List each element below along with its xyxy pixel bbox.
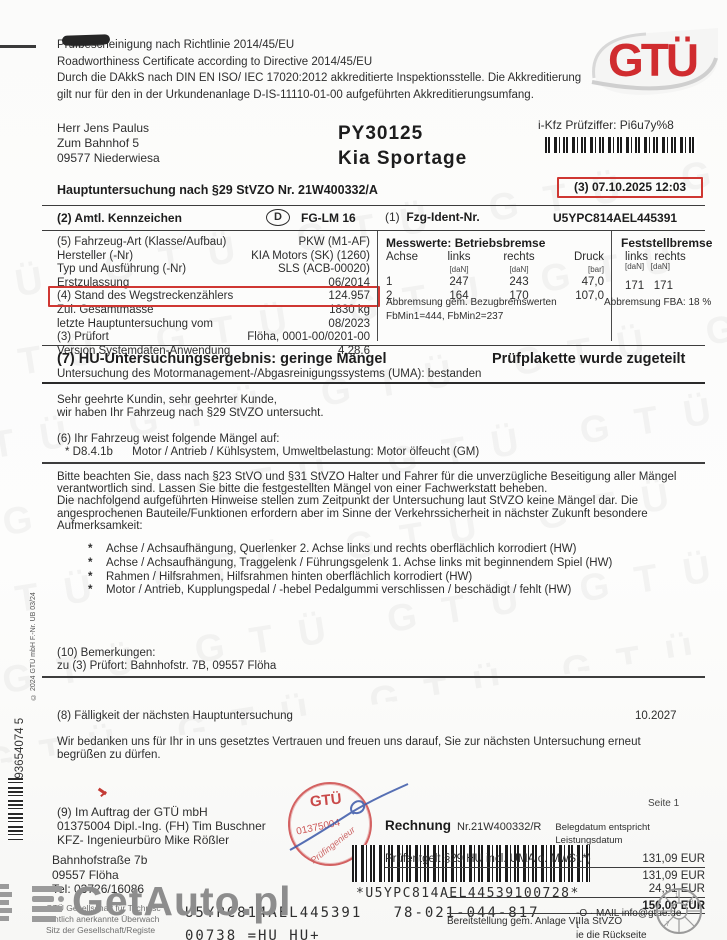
gtue-logo-text: GTÜ <box>608 34 697 86</box>
country-oval: D <box>266 209 290 226</box>
parking-brake-title: Feststellbremse <box>621 236 712 250</box>
col-links: links <box>430 251 488 264</box>
owner-city: 09577 Niederwiesa <box>57 151 160 166</box>
page-number: Seite 1 <box>648 798 679 809</box>
uma-result: Untersuchung des Motormanagement-/Abgasr… <box>57 368 481 381</box>
header-line-4: gilt nur für den in der Urkundenanlage D… <box>57 87 581 104</box>
plakette-status: Prüfplakette wurde zugeteilt <box>492 351 685 367</box>
col-achse: Achse <box>386 251 430 264</box>
next-due-label: (8) Fälligkeit der nächsten Hauptuntersu… <box>57 710 293 723</box>
document-title: Hauptuntersuchung nach §29 StVZO Nr. 21W… <box>57 183 378 197</box>
fzg-prefix: (1) <box>385 210 400 224</box>
hu-plakette-seal: 1 8 7 <box>652 884 706 938</box>
thanks-line-1: Wir bedanken uns für Ihr in uns gesetzte… <box>57 736 641 749</box>
notice-p2-l1: Die nachfolgend aufgeführten Hinweise st… <box>57 495 676 507</box>
hint-item: *Rahmen / Hilfsrahmen, Hilfsrahmen hinte… <box>88 571 688 585</box>
invoice-number: Nr.21W400332/R <box>457 821 541 834</box>
kennzeichen-label: (2) Amtl. Kennzeichen <box>57 211 182 225</box>
notice-p2-l2: angesprochenen Bauteile/Funktionen erfor… <box>57 508 676 520</box>
behalf-line-3: KFZ- Ingenieurbüro Mike Rößler <box>57 833 266 847</box>
invoice-note: Belegdatum entspricht Leistungsdatum <box>555 822 705 847</box>
remarks-heading: (10) Bemerkungen: <box>57 647 276 660</box>
side-barcode <box>8 778 23 840</box>
result-heading: (7) HU-Untersuchungsergebnis: geringe Mä… <box>57 351 387 367</box>
notice-p1-l2: verantwortlich sind. Lassen Sie bitte di… <box>57 483 676 495</box>
parking-brake-note: Abbremsung FBA: 18 % <box>604 297 711 310</box>
brake-row-1: 1 247 243 47,0 <box>386 276 604 289</box>
greeting-line-1: Sehr geehrte Kundin, sehr geehrter Kunde… <box>57 394 324 407</box>
defects-heading: (6) Ihr Fahrzeug weist folgende Mängel a… <box>57 433 279 446</box>
vehicle-code: PY30125 <box>338 123 423 145</box>
hint-item: *Achse / Achsaufhängung, Querlenker 2. A… <box>88 543 688 557</box>
parking-brake-values: 171 171 <box>625 280 673 293</box>
svg-text:7: 7 <box>666 922 670 928</box>
vehicle-row: (3) PrüfortFlöha, 0001-00/0201-00 <box>57 331 370 345</box>
getauto-watermark: GetAuto.pl <box>0 878 500 938</box>
vehicle-row: Typ und Ausführung (-Nr)SLS (ACB-00020) <box>57 263 370 277</box>
header-line-3: Durch die DAkkS nach DIN EN ISO/ IEC 170… <box>57 70 581 87</box>
gtue-logo: GTÜ <box>586 22 720 113</box>
license-plate: FG-LM 16 <box>301 211 356 225</box>
svg-text:8: 8 <box>690 900 694 906</box>
notice-p1-l1: Bitte beachten Sie, dass nach §23 StVO u… <box>57 471 676 483</box>
vehicle-row: (5) Fahrzeug-Art (Klasse/Aufbau)PKW (M1-… <box>57 236 370 250</box>
remarks-text: zu (3) Prüfort: Bahnhofstr. 7B, 09557 Fl… <box>57 660 276 673</box>
brakes-note-2: FbMin1=444, FbMin2=237 <box>386 311 503 324</box>
red-pen-mark <box>96 787 108 799</box>
behalf-line-1: (9) Im Auftrag der GTÜ mbH <box>57 805 266 819</box>
brakes-note-1: Abbremsung gem. Bezugbremswerten <box>386 297 557 310</box>
thanks-line-2: begrüßen zu dürfen. <box>57 749 641 762</box>
header-line-2: Roadworthiness Certificate according to … <box>57 54 581 71</box>
owner-name: Herr Jens Paulus <box>57 121 160 136</box>
footer-street: Bahnhofstraße 7b <box>52 853 147 868</box>
owner-street: Zum Bahnhof 5 <box>57 136 160 151</box>
contact-fragment-3: ie die Rückseite <box>576 930 647 940</box>
defect-item: * D8.4.1b Motor / Antrieb / Kühlsystem, … <box>65 446 479 459</box>
invoice-title: Rechnung <box>385 818 451 833</box>
next-due-value: 10.2027 <box>635 710 677 723</box>
notice-p2-l3: Aufmerksamkeit: <box>57 520 676 532</box>
pruefziffer-label: i-Kfz Prüfziffer: Pi6u7y%8 <box>538 119 674 132</box>
col-druck: Druck <box>550 251 604 264</box>
header-line-1: Prüfbescheinigung nach Richtlinie 2014/4… <box>57 37 581 54</box>
col-rechts: rechts <box>488 251 550 264</box>
brakes-title: Messwerte: Betriebsbremse <box>386 236 545 250</box>
greeting-line-2: wir haben Ihr Fahrzeug nach §29 StVZO un… <box>57 407 324 420</box>
pruefziffer-barcode <box>545 137 697 153</box>
behalf-line-2: 01375004 Dipl.-Ing. (FH) Tim Buschner <box>57 819 266 833</box>
inspection-date-box: (3) 07.10.2025 12:03 <box>557 177 703 198</box>
hint-item: *Achse / Achsaufhängung, Traggelenk / Fü… <box>88 557 688 571</box>
hint-item: *Motor / Antrieb, Kupplungspedal / -hebe… <box>88 584 688 598</box>
fzg-label: Fzg-Ident-Nr. <box>406 210 479 224</box>
vehicle-row: letzte Hauptuntersuchung vom08/2023 <box>57 318 370 332</box>
side-serial: 193654074 5 <box>14 690 26 785</box>
side-copyright: © 2024 GTÜ mbH F.-Nr. UB 03/24 <box>30 570 37 700</box>
scan-edge-mark <box>0 45 36 48</box>
invoice-line-1: Prüfentgelt §29 HU incl. UMA o. MwSt.*) … <box>385 853 705 866</box>
vehicle-model: Kia Sportage <box>338 148 467 170</box>
scanned-document: GTÜ GTÜ GTÜ GTÜ GTÜ GTÜ GTÜ GTÜ GTÜ GTÜ … <box>0 0 727 940</box>
vin: U5YPC814AEL445391 <box>553 211 677 225</box>
odometer-highlight-box <box>48 286 380 307</box>
vehicle-row: Hersteller (-Nr)KIA Motors (SK) (1260) <box>57 250 370 264</box>
getauto-watermark-text: GetAuto.pl <box>72 878 292 925</box>
